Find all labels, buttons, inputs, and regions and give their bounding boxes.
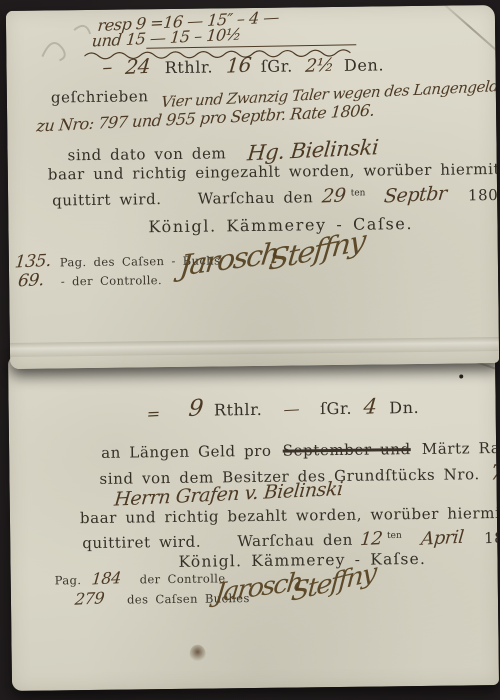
cassa-text: Königl. Kämmerey - Caſse.	[148, 214, 413, 236]
payer-line-2: Herrn Grafen v. Bielinski	[115, 483, 343, 507]
warschau-label-2: Warſchau den	[237, 531, 353, 550]
day-suffix-2: ten	[387, 531, 402, 541]
date-line-2: quittiret wird. Warſchau den 12 ten Apri…	[82, 528, 499, 553]
month-hand-2: April	[420, 528, 464, 550]
den-label: Den.	[344, 55, 384, 74]
ink-dot	[459, 374, 463, 378]
check-mark-hand: =	[146, 405, 161, 423]
sgr-value: 16	[225, 54, 252, 77]
grundstueck-nr-hand: 797	[490, 460, 499, 485]
receipt-top: resp 9 =16 — 15″ – 4 — und 15 — 15 – 10½…	[6, 5, 499, 369]
quittiret-label: quittiret wird.	[82, 533, 201, 552]
struck-september: September und	[283, 440, 411, 460]
rthlr-value: 24	[124, 55, 151, 78]
cassenbuch-num-hand: 279	[74, 589, 105, 608]
sind-dato-label: sind dato von dem	[67, 144, 226, 164]
calc-line-2-text: und 15 — 15 – 10½	[91, 26, 242, 51]
margin-row-2: 69. - der Controlle.	[18, 270, 162, 290]
amount-line-2: 9 Rthlr. — ſGr. 4 Dn.	[188, 394, 419, 422]
sgr-dash: —	[283, 400, 300, 418]
calc-line-2: und 15 — 15 – 10½	[92, 28, 241, 47]
laengen-geld-line: an Längen Geld pro September und Märtz R…	[101, 436, 499, 463]
signature-3: Jarosch	[216, 573, 301, 603]
baar-text-2: baar und richtig bezahlt worden, worüber…	[80, 504, 499, 527]
cassa-line: Königl. Kämmerey - Caſse.	[148, 215, 413, 236]
warschau-label: Warſchau den	[198, 188, 314, 207]
photo-background: resp 9 =16 — 15″ – 4 — und 15 — 15 – 10½…	[0, 0, 500, 700]
laengen-pre: an Längen Geld pro	[101, 442, 272, 462]
date-line: quittirt wird. Warſchau den 29 ten Septb…	[52, 184, 499, 211]
controlle-num-hand-2: 184	[91, 569, 122, 588]
year-print-2: 180	[484, 529, 499, 547]
margin2-row-1: Pag. 184 der Controlle	[55, 568, 226, 588]
signature-2: Steffny	[271, 235, 363, 268]
controlle-num-hand: 69.	[17, 271, 44, 291]
receipt-bottom: = 9 Rthlr. — ſGr. 4 Dn. an Längen Geld p…	[8, 349, 499, 691]
dn-value: 4	[362, 395, 377, 419]
amount-line: – 24 Rthlr. 16 ſGr. 2½ Den.	[102, 52, 384, 78]
controlle-label: - der Controlle.	[61, 273, 162, 288]
day-suffix: ten	[351, 188, 366, 198]
pag-num-hand: 135.	[14, 252, 52, 272]
day-hand: 29	[321, 185, 346, 207]
signature-1: Jarosch	[181, 244, 277, 277]
geschrieben-line: geſchrieben Vier und Zwanzig Taler wegen…	[51, 83, 498, 106]
year-print: 180	[468, 186, 499, 204]
check-mark: =	[147, 405, 160, 423]
laengen-post: Märtz Rate 180	[422, 438, 499, 458]
dn-label: Dn.	[389, 398, 419, 417]
paper-stain	[190, 645, 206, 663]
sgr-label-2: ſGr.	[320, 399, 352, 418]
rthlr-label-2: Rthlr.	[214, 400, 263, 420]
signature-1-hand: Jarosch	[178, 238, 280, 283]
day-hand-2: 12	[359, 529, 383, 550]
rthlr-value-2: 9	[187, 396, 204, 422]
bottom-fold-crease	[10, 337, 499, 357]
geschrieben-label: geſchrieben	[51, 87, 149, 106]
corner-fold-crease	[437, 5, 499, 56]
month-hand: Septbr	[383, 184, 447, 208]
written-line-2: zu Nro: 797 und 955 pro Septbr. Rate 180…	[37, 108, 374, 130]
pag-label-2: Pag.	[55, 573, 82, 587]
amount-dash: –	[101, 56, 113, 78]
sgr-label: ſGr.	[261, 56, 293, 75]
den-value: 2½	[305, 56, 335, 77]
controlle-label-2: der Controlle	[140, 571, 226, 586]
quittirt-label: quittirt wird.	[52, 190, 162, 209]
signature-4: Steffny	[293, 569, 374, 599]
rthlr-label: Rthlr.	[165, 57, 214, 77]
